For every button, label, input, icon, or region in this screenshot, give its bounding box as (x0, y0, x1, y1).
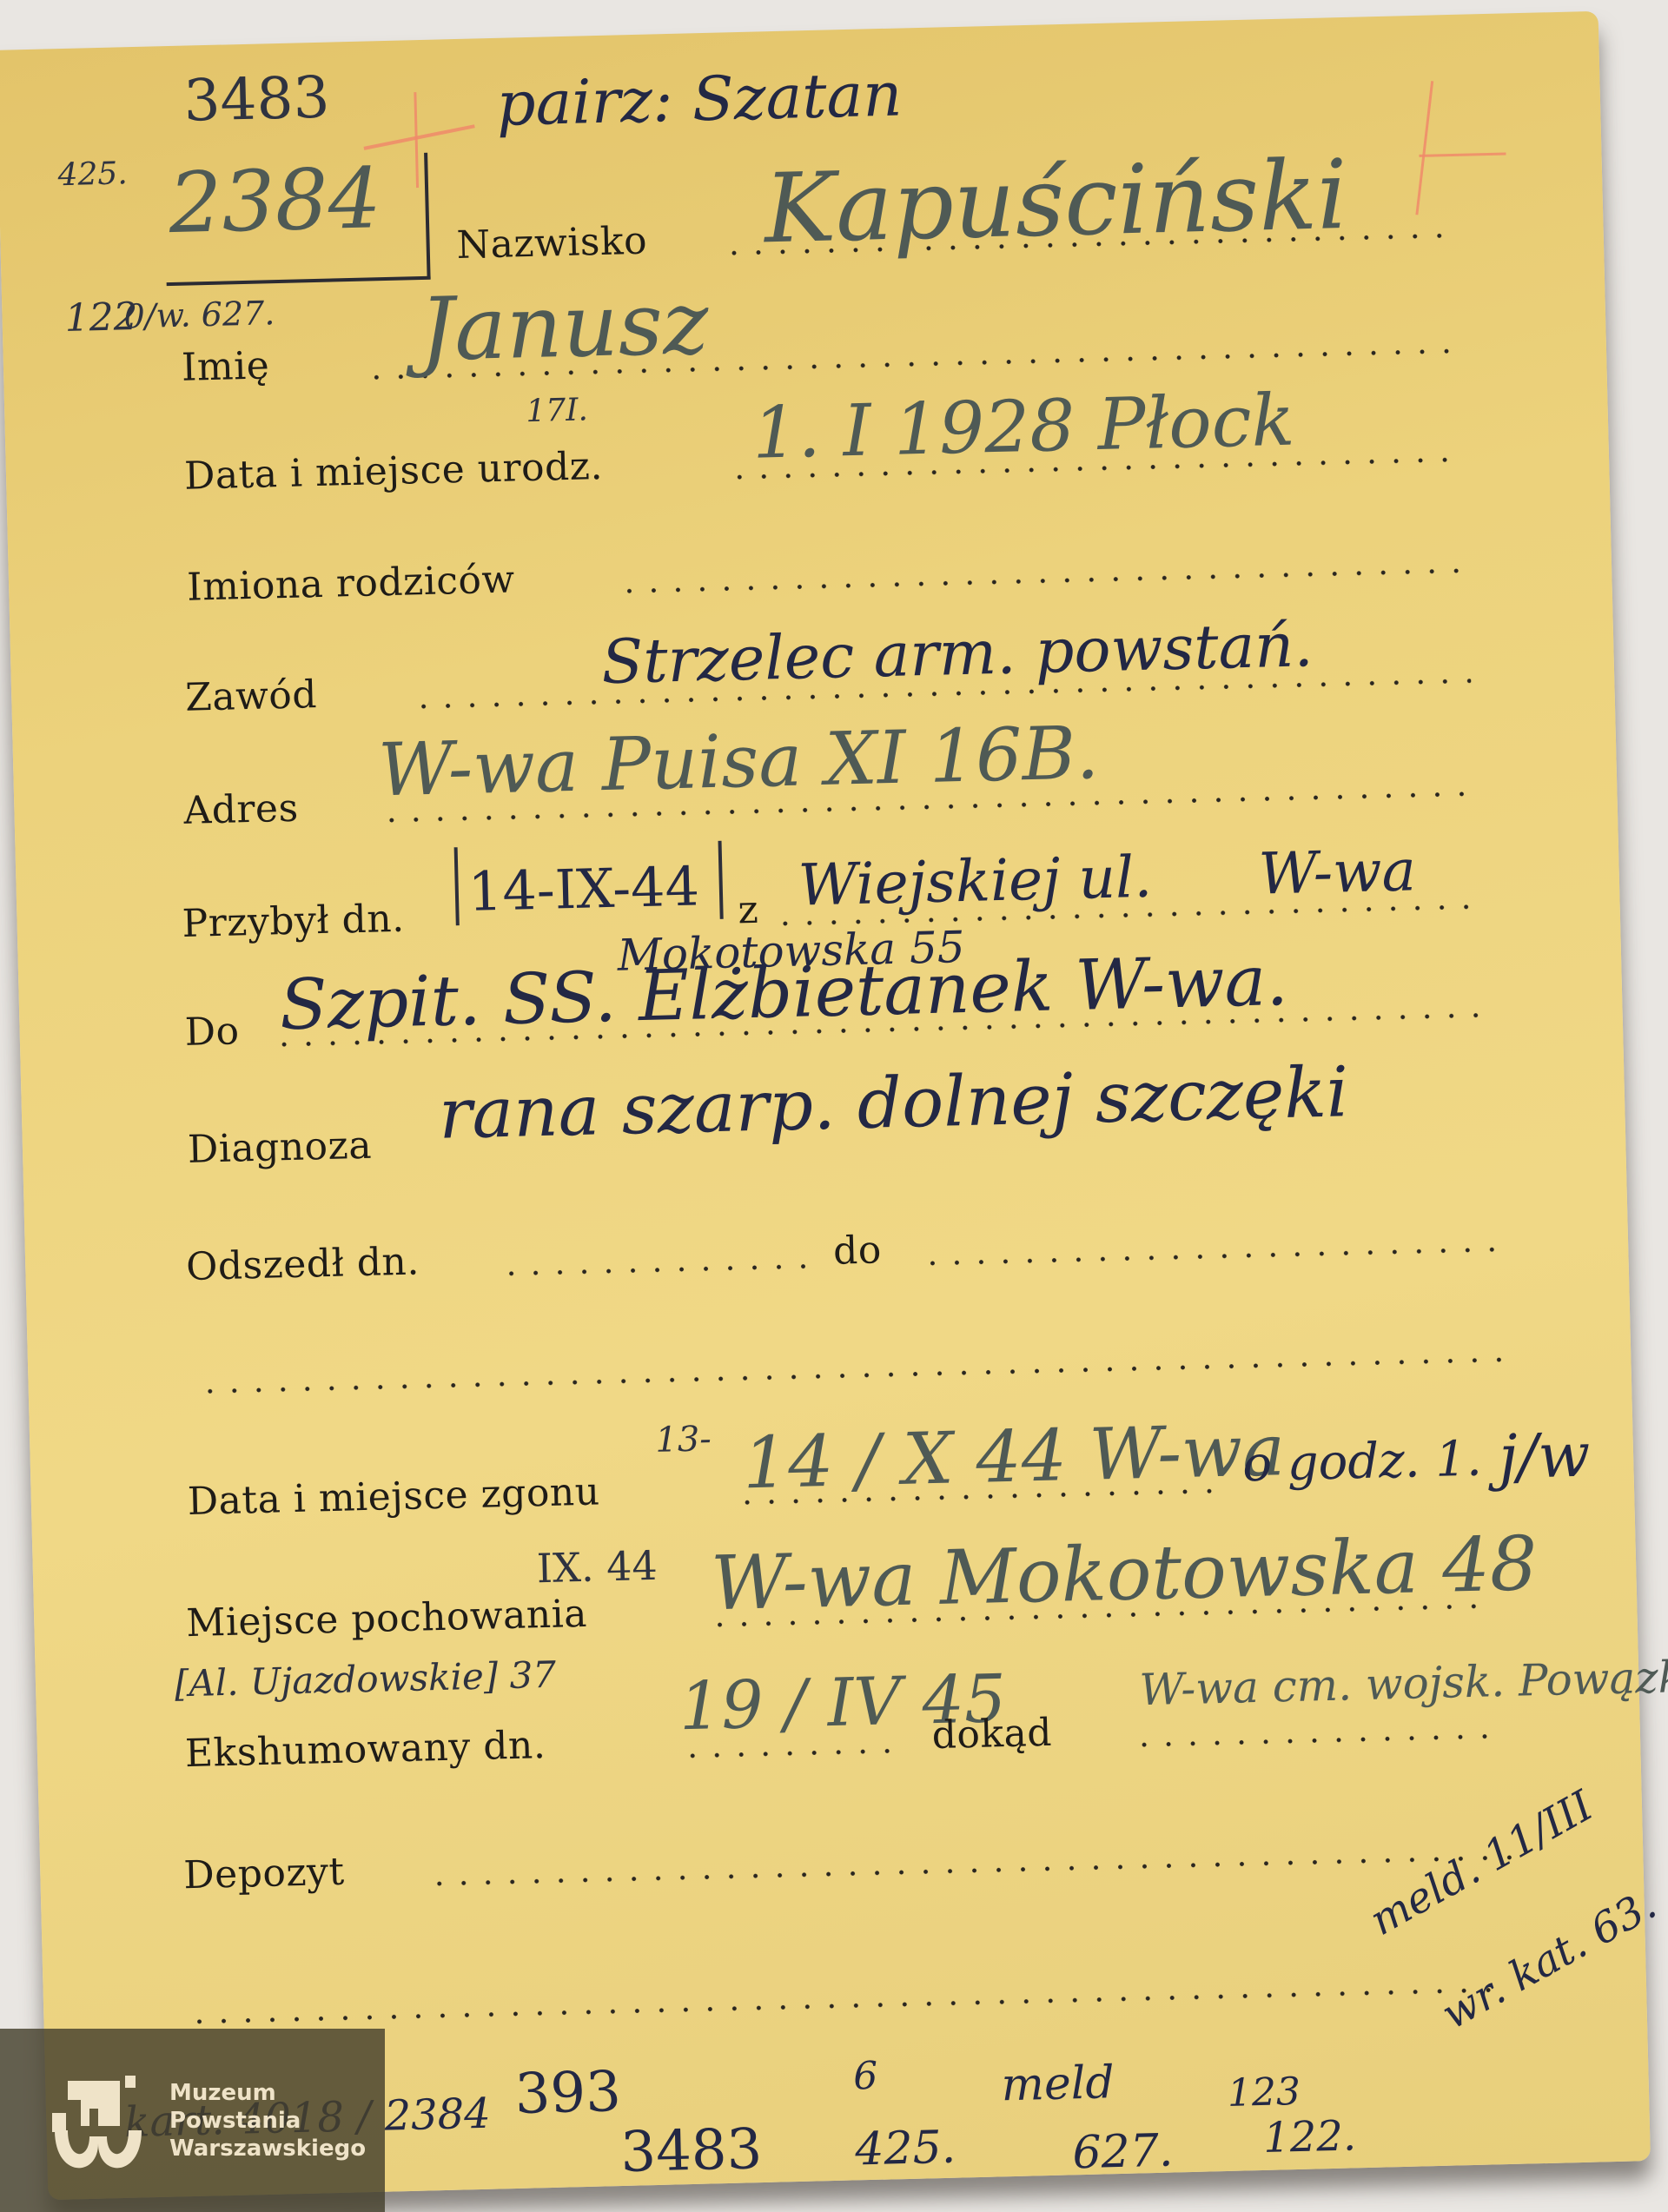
value-diagnoza: rana szarp. dolnej szczęki (438, 1051, 1349, 1155)
museum-line-3: Warszawskiego (169, 2135, 366, 2162)
label-ekshumowany: Ekshumowany dn. (184, 1723, 546, 1776)
museum-line-1: Muzeum (169, 2079, 366, 2107)
bottom-fr4-den: 122. (1263, 2111, 1357, 2162)
red-cross-right-v (1415, 81, 1433, 215)
top-note: pairz: Szatan (496, 58, 903, 139)
annotation-pochowania: IX. 44 (536, 1542, 658, 1592)
bottom-fr1-den: 3483 (619, 2117, 763, 2185)
museum-name: Muzeum Powstania Warszawskiego (169, 2079, 366, 2162)
dots-blank-1 (198, 1356, 1510, 1395)
bottom-fr2-num: 6 (853, 2054, 878, 2099)
value-pochowania: W-wa Mokotowska 48 (710, 1520, 1539, 1627)
corner-below-fraction: 0/w. 627. (123, 294, 275, 335)
bottom-fr4-num: 123 (1227, 2070, 1301, 2116)
side-note-zgon: j/w (1498, 1420, 1591, 1493)
label-rodzice: Imiona rodziców (187, 557, 516, 609)
red-cross-right-h (1419, 152, 1506, 156)
label-adres: Adres (183, 786, 299, 833)
annotation-urodz: 17I. (526, 392, 588, 429)
value-imie: Janusz (419, 272, 710, 381)
dots-odszedl (500, 1262, 812, 1277)
bottom-fr3-num: meld (1001, 2056, 1115, 2111)
label-przybyl-z: z (738, 888, 759, 933)
box-vertical-line (424, 153, 431, 279)
bottom-fr1-num: 393 (514, 2060, 622, 2127)
suffix-zgon: o godz. 1. (1241, 1431, 1482, 1493)
bottom-fr2-den: 425. (855, 2122, 956, 2176)
label-imie: Imię (181, 343, 269, 389)
dots-odszedl-do (920, 1246, 1502, 1267)
bracket-note-ekshumowany: [Al. Ujazdowskie] 37 (174, 1653, 556, 1705)
value-przybyl-date: 14-IX-44 (467, 854, 700, 923)
museum-line-2: Powstania (169, 2107, 366, 2135)
label-dokad: dokąd (931, 1711, 1052, 1758)
label-zawod: Zawód (185, 672, 318, 720)
bottom-fr3-den: 627. (1072, 2125, 1174, 2180)
label-odszedl-do: do (832, 1228, 882, 1273)
kotwica-anchor-icon (50, 2074, 146, 2178)
dots-depozyt (427, 1854, 1518, 1888)
label-urodz: Data i miejsce urodz. (183, 444, 603, 499)
label-odszedl: Odszedł dn. (186, 1239, 420, 1289)
side-note-wr-kat: wr. kat. 63. (1433, 1880, 1664, 2039)
value-nazwisko: Kapuściński (763, 139, 1348, 264)
value-urodz: 1. I 1928 Płock (751, 380, 1295, 475)
record-card: 3483 425. 2384 122 0/w. 627. pairz: Szat… (0, 11, 1651, 2200)
value-do: Szpit. SS. Elżbietanek W-wa. (279, 940, 1289, 1045)
label-zgon: Data i miejsce zgonu (187, 1469, 600, 1524)
corner-left-prefix: 425. (57, 156, 128, 193)
label-nazwisko: Nazwisko (456, 219, 648, 268)
box-horizontal-line (167, 276, 431, 286)
label-diagnoza: Diagnoza (187, 1123, 372, 1172)
prefix-zgon: 13- (655, 1419, 712, 1460)
label-do: Do (184, 1009, 240, 1055)
label-przybyl: Przybył dn. (182, 897, 405, 946)
value-zgon: 14 / X 44 W-wa (742, 1409, 1286, 1505)
dots-dokad (1132, 1732, 1497, 1748)
red-cross-top-h (364, 124, 475, 150)
red-cross-top-v (414, 92, 419, 188)
value-przybyl-bracket: W-wa (1258, 837, 1417, 907)
dots-blank-2 (187, 1986, 1507, 2025)
corner-number-boxed: 2384 (168, 149, 382, 252)
dots-rodzice (617, 567, 1468, 595)
museum-watermark: Muzeum Powstania Warszawskiego (0, 2029, 385, 2212)
value-adres: W-wa Puisa XI 16B. (377, 710, 1100, 812)
label-depozyt: Depozyt (183, 1850, 345, 1898)
value-dokad: W-wa cm. wojsk. Powązki (1139, 1652, 1668, 1716)
corner-number-top: 3483 (183, 64, 331, 135)
dots-ekshumowany-date (680, 1747, 906, 1759)
value-przybyl-from: Wiejskiej ul. (798, 844, 1153, 919)
label-pochowania: Miejsce pochowania (186, 1592, 588, 1646)
